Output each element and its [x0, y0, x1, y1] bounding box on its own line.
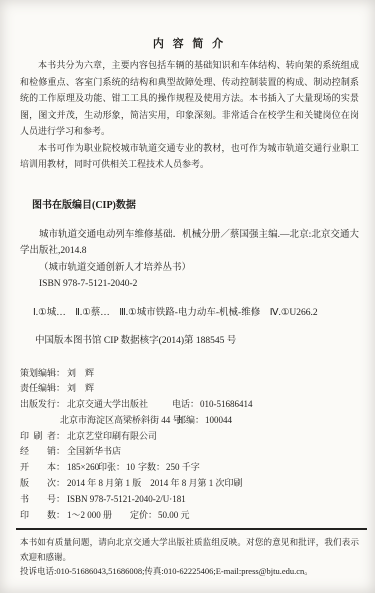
field-label: 印刷者: [20, 429, 56, 445]
word-count-field: 字数：250 千字: [138, 460, 200, 476]
cip-series-title: （城市轨道交通创新人才培养丛书）: [20, 260, 359, 277]
content-summary-paragraph-1: 本书共分为六章，主要内容包括车辆的基础知识和车体结构、转向架的系统组成和检修重点…: [20, 57, 359, 140]
content-summary-paragraph-2: 本书可作为职业院校城市轨道交通专业的教材，也可作为城市轨道交通行业职工培训用教材…: [20, 140, 359, 173]
book-copyright-page: 内 容 简 介 本书共分为六章，主要内容包括车辆的基础知识和车体结构、转向架的系…: [0, 0, 375, 593]
field-value: 185×260: [67, 462, 99, 472]
field-label: 策划编辑: [20, 366, 56, 382]
field-label: 书号: [20, 492, 56, 508]
colophon-row-distributor: 经销：全国新华书店: [20, 444, 359, 460]
field-label: 印数: [20, 508, 56, 524]
cip-header: 图书在版编目(CIP)数据: [32, 200, 359, 212]
field-value: 全国新华书店: [67, 446, 121, 456]
colon: ：: [56, 397, 65, 413]
colophon-row-printer: 印刷者：北京艺堂印刷有限公司: [20, 429, 359, 445]
colon: ：: [56, 444, 65, 460]
colon: ：: [56, 429, 65, 445]
colon: ：: [195, 413, 204, 429]
field-label: 版次: [20, 476, 56, 492]
field-value: 010-51686414: [200, 399, 253, 409]
field-label: 出版发行: [20, 397, 56, 413]
colon: ：: [56, 381, 65, 397]
colon: ：: [56, 460, 65, 476]
colophon-row-responsible-editor: 责任编辑：刘 辉: [20, 381, 359, 397]
printed-sheets-field: 印张：10: [98, 460, 135, 476]
colophon-row-planning-editor: 策划编辑：刘 辉: [20, 366, 359, 382]
cip-registry-number: 中国版本图书馆 CIP 数据核字(2014)第 188545 号: [20, 333, 359, 350]
quality-notice-section: 本书如有质量问题，请向北京交通大学出版社质监组反映。对您的意见和批评，我们表示欢…: [20, 535, 359, 579]
content-summary-section: 内 容 简 介 本书共分为六章，主要内容包括车辆的基础知识和车体结构、转向架的系…: [20, 38, 359, 173]
content-summary-title: 内 容 简 介: [20, 38, 359, 50]
colon: ：: [116, 460, 125, 476]
colon: ：: [156, 460, 165, 476]
field-value: 北京交通大学出版社: [67, 399, 148, 409]
phone-field: 电话：010-51686414: [172, 397, 253, 413]
field-value: ISBN 978-7-5121-2040-2/U·181: [67, 494, 186, 504]
colophon-row-book-number: 书号：ISBN 978-7-5121-2040-2/U·181: [20, 492, 359, 508]
colophon-row-address: 北京市海淀区高梁桥斜街 44 号 邮编：100044: [20, 413, 359, 429]
field-label: 字数: [138, 462, 156, 472]
field-value: 50.00 元: [158, 510, 190, 520]
horizontal-rule: [16, 528, 367, 530]
colophon-row-print-run: 印数：1～2 000 册 定价：50.00 元: [20, 508, 359, 524]
colophon-row-format: 开本：185×260 印张：10 字数：250 千字: [20, 460, 359, 476]
cip-isbn: ISBN 978-7-5121-2040-2: [20, 276, 359, 293]
field-label: 定价: [130, 510, 148, 520]
field-label: 经销: [20, 444, 56, 460]
field-value: 1～2 000 册: [67, 510, 112, 520]
colon: ：: [56, 476, 65, 492]
price-field: 定价：50.00 元: [130, 508, 190, 524]
field-value: 2014 年 8 月第 1 版 2014 年 8 月第 1 次印刷: [67, 478, 243, 488]
colophon-section: 策划编辑：刘 辉 责任编辑：刘 辉 出版发行：北京交通大学出版社 电话：010-…: [20, 366, 359, 524]
field-value: 刘 辉: [67, 383, 94, 393]
field-label: 开本: [20, 460, 56, 476]
cip-data-section: 图书在版编目(CIP)数据 城市轨道交通电动列车维修基础．机械分册／蔡国强主编.…: [20, 200, 359, 350]
field-value: 100044: [205, 415, 232, 425]
field-value: 250 千字: [166, 462, 200, 472]
zipcode-field: 邮编：100044: [177, 413, 232, 429]
colon: ：: [190, 397, 199, 413]
colophon-row-edition: 版次：2014 年 8 月第 1 版 2014 年 8 月第 1 次印刷: [20, 476, 359, 492]
colon: ：: [56, 366, 65, 382]
field-label: 邮编: [177, 415, 195, 425]
colon: ：: [56, 508, 65, 524]
publisher-address: 北京市海淀区高梁桥斜街 44 号: [20, 415, 182, 425]
colon: ：: [56, 492, 65, 508]
cip-record: 城市轨道交通电动列车维修基础．机械分册／蔡国强主编.—北京:北京交通大学出版社,…: [20, 227, 359, 260]
field-label: 责任编辑: [20, 381, 56, 397]
field-label: 电话: [172, 399, 190, 409]
field-value: 北京艺堂印刷有限公司: [67, 431, 157, 441]
quality-notice-line-2: 投诉电话:010-51686043,51686008;传真:010-622254…: [20, 564, 359, 579]
field-value: 刘 辉: [67, 368, 94, 378]
colophon-row-publisher: 出版发行：北京交通大学出版社 电话：010-51686414: [20, 397, 359, 413]
cip-classification: Ⅰ.①城… Ⅱ.①蔡… Ⅲ.①城市铁路-电力动车-机械-维修 Ⅳ.①U266.2: [20, 305, 359, 322]
colon: ：: [148, 508, 157, 524]
quality-notice-line-1: 本书如有质量问题，请向北京交通大学出版社质监组反映。对您的意见和批评，我们表示欢…: [20, 535, 359, 564]
field-label: 印张: [98, 462, 116, 472]
field-value: 10: [126, 462, 135, 472]
